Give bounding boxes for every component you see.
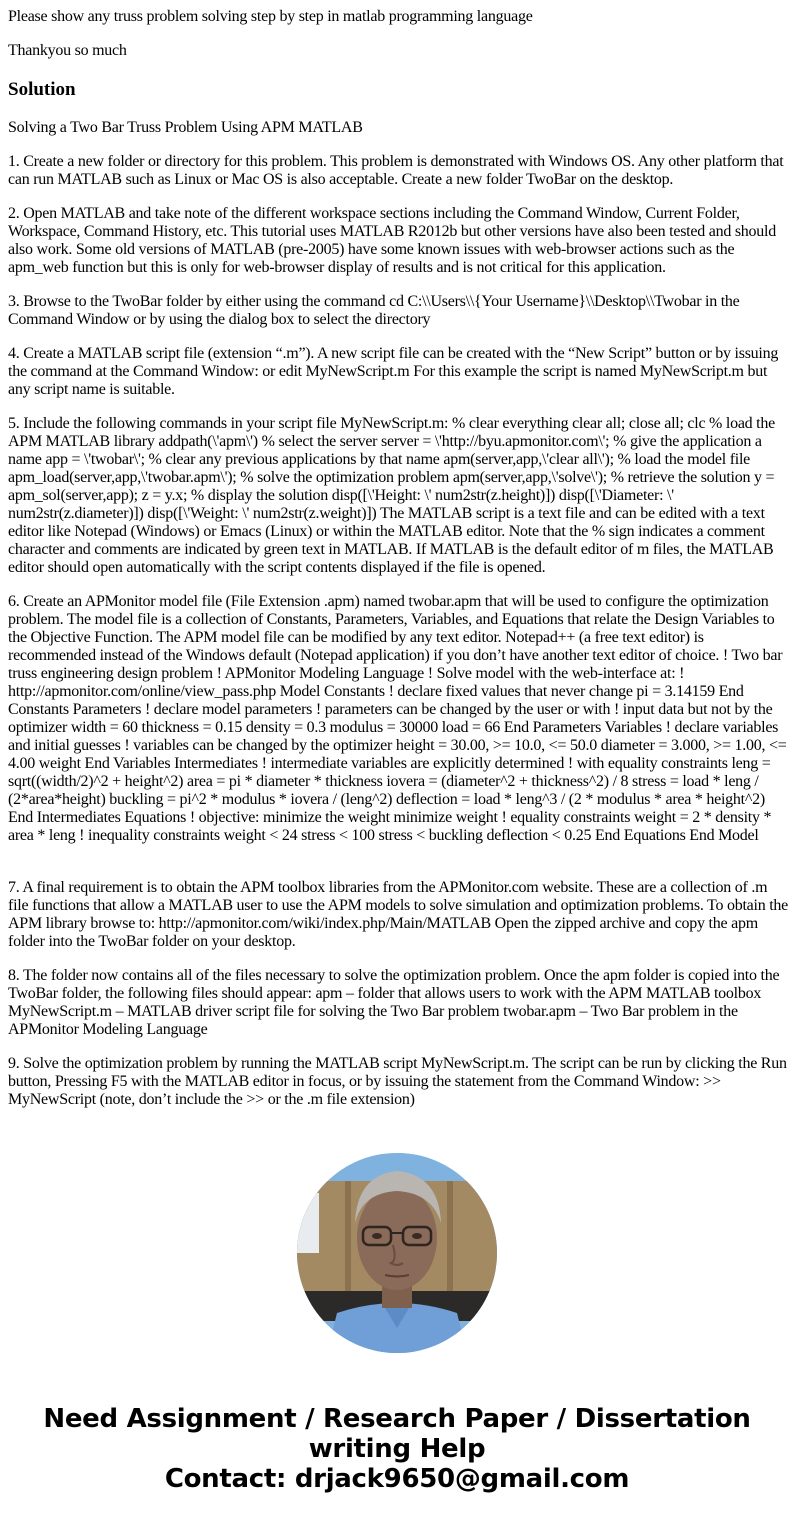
footer-banner: Need Assignment / Research Paper / Disse… [0, 1404, 794, 1494]
step-2: 2. Open MATLAB and take note of the diff… [8, 205, 788, 277]
step-5: 5. Include the following commands in you… [8, 415, 788, 577]
footer-line-2: writing Help [0, 1434, 794, 1464]
avatar [297, 1153, 497, 1353]
question-text: Please show any truss problem solving st… [8, 8, 788, 26]
step-8: 8. The folder now contains all of the fi… [8, 967, 788, 1039]
solution-heading: Solution [8, 79, 76, 101]
footer-line-1: Need Assignment / Research Paper / Disse… [0, 1404, 794, 1434]
step-9: 9. Solve the optimization problem by run… [8, 1055, 788, 1109]
step-3: 3. Browse to the TwoBar folder by either… [8, 293, 788, 329]
step-4: 4. Create a MATLAB script file (extensio… [8, 345, 788, 399]
person-portrait-icon [297, 1153, 497, 1353]
footer-contact: Contact: drjack9650@gmail.com [0, 1464, 794, 1494]
step-1: 1. Create a new folder or directory for … [8, 153, 788, 189]
solution-subtitle: Solving a Two Bar Truss Problem Using AP… [8, 119, 788, 137]
step-6: 6. Create an APMonitor model file (File … [8, 593, 788, 845]
thanks-text: Thankyou so much [8, 42, 788, 60]
step-7: 7. A final requirement is to obtain the … [8, 879, 788, 951]
